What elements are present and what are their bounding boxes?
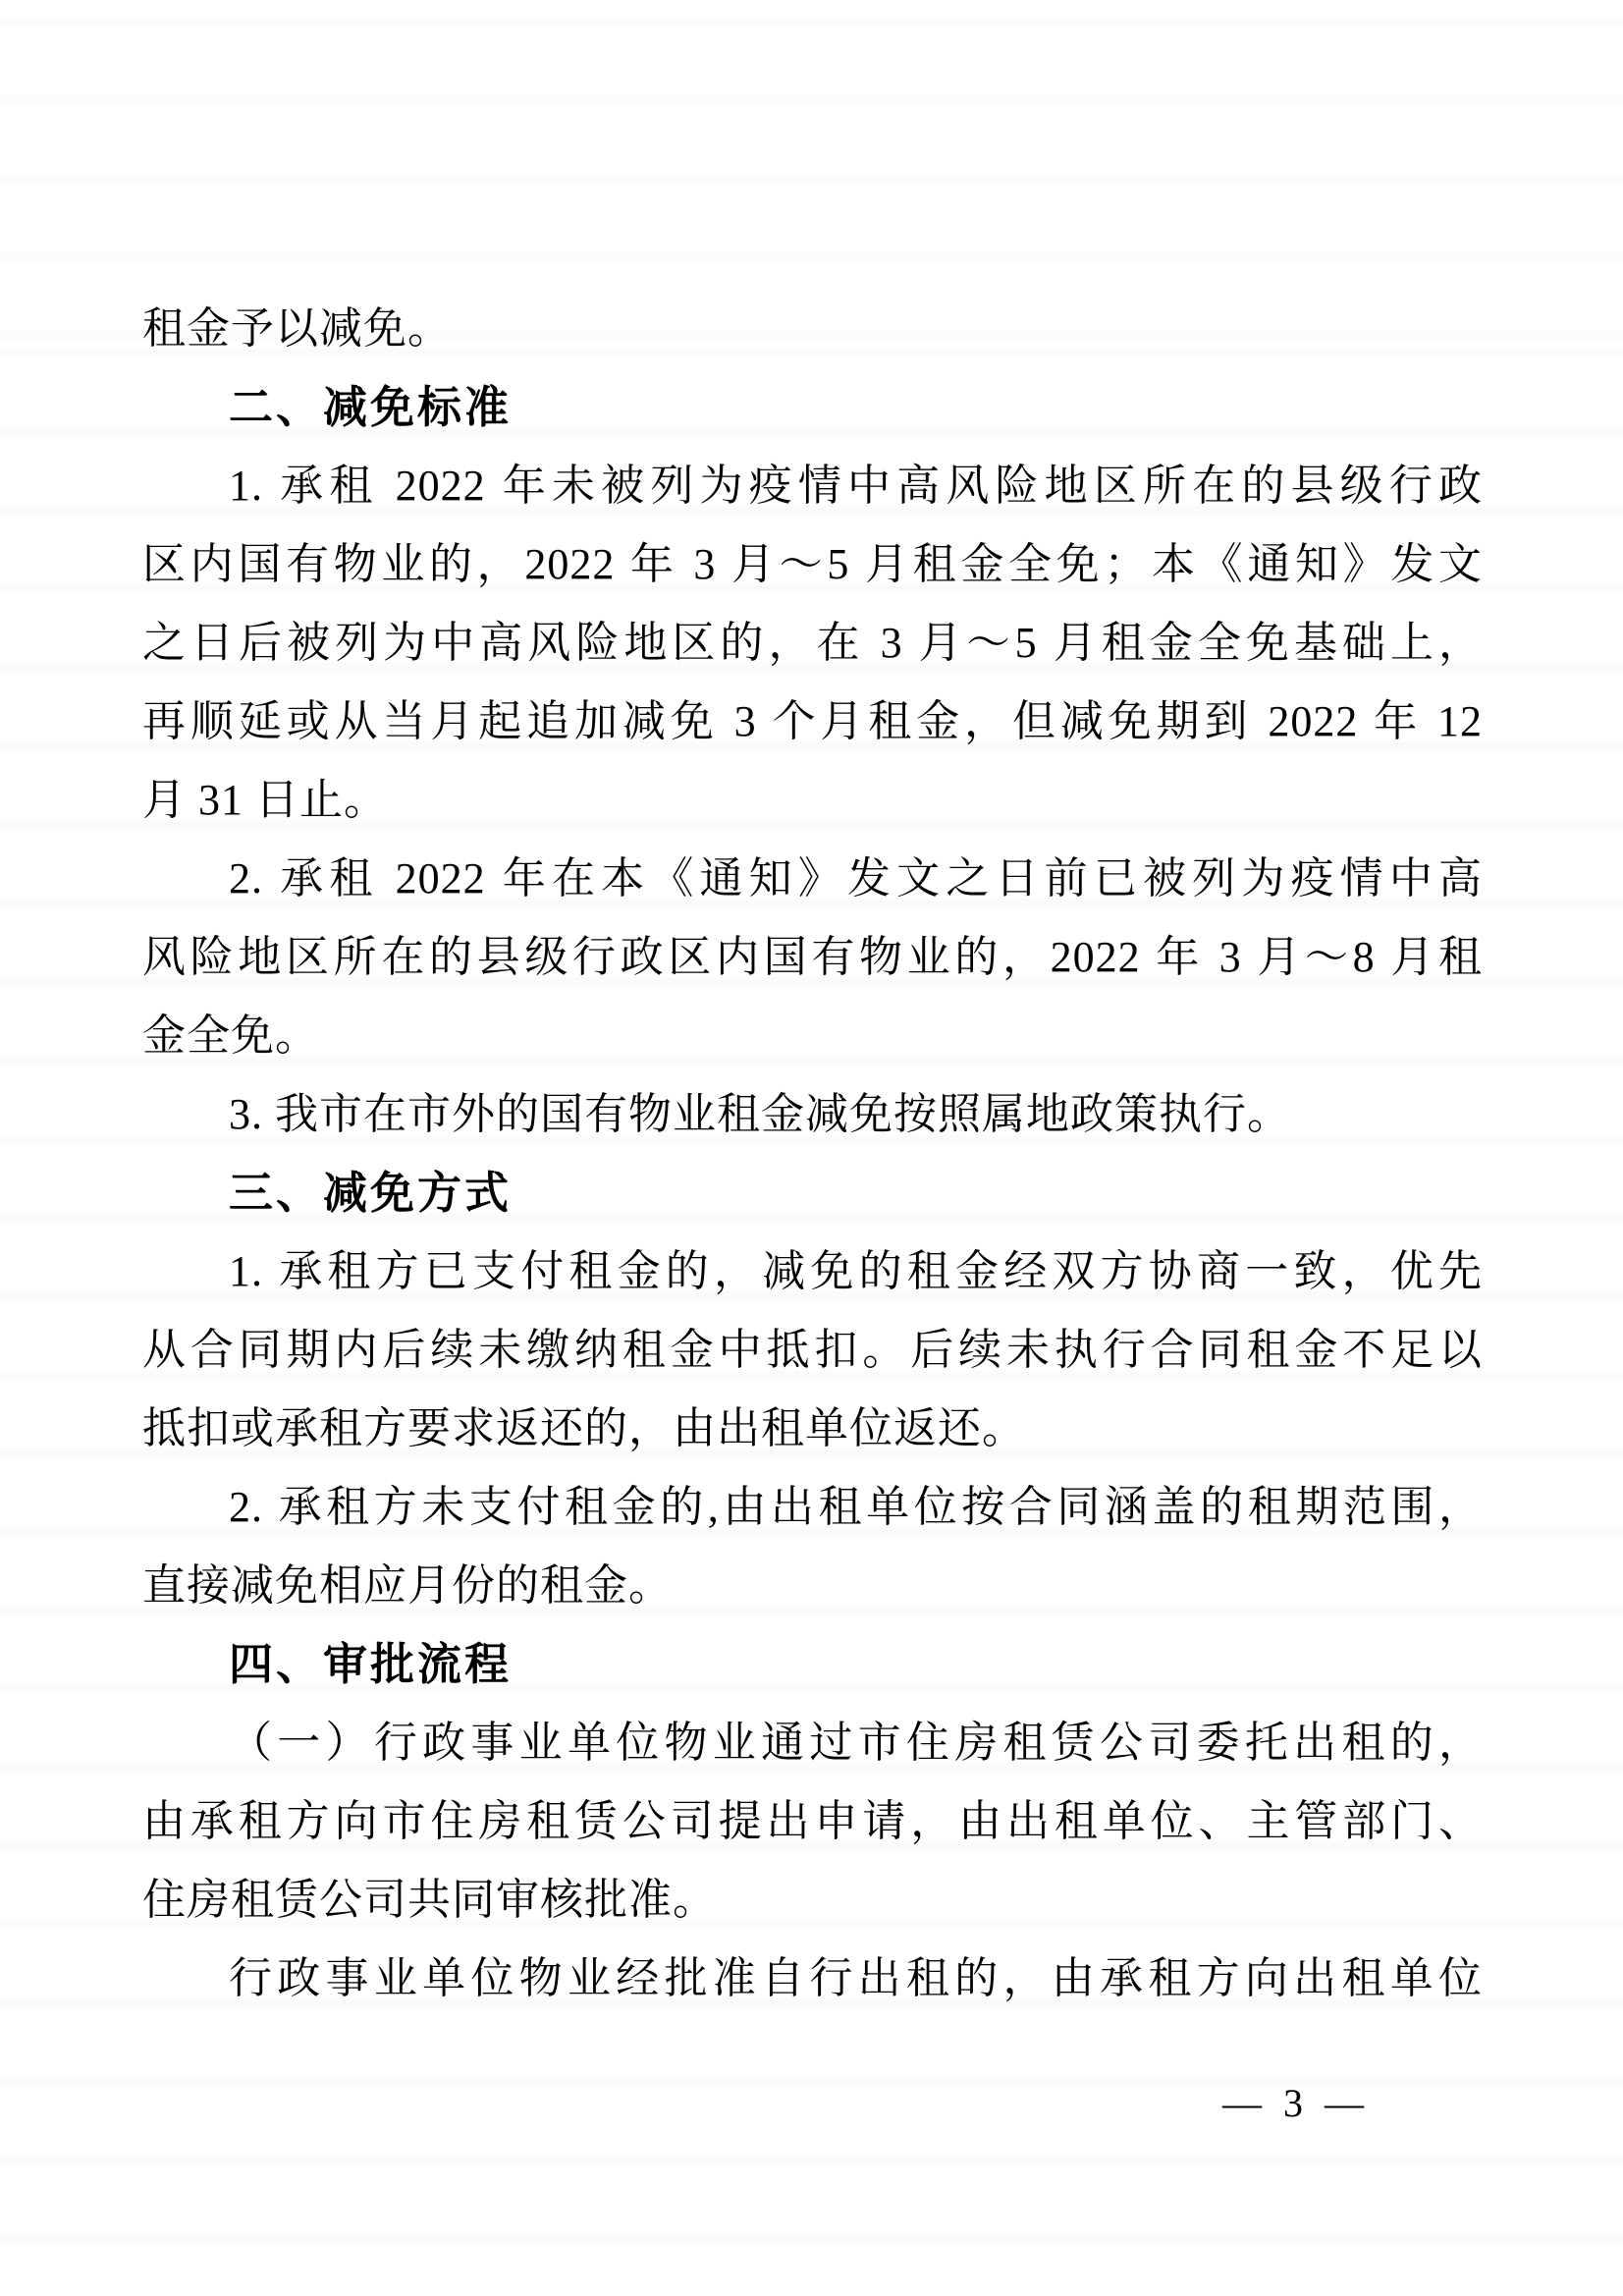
text-line: 风险地区所在的县级行政区内国有物业的，2022 年 3 月～8 月租 <box>142 918 1483 997</box>
text-line: 月 31 日止。 <box>142 761 1483 840</box>
text-line: 2. 承租 2022 年在本《通知》发文之日前已被列为疫情中高 <box>142 840 1483 918</box>
text-line: 从合同期内后续未缴纳租金中抵扣。后续未执行合同租金不足以 <box>142 1311 1483 1390</box>
page-footer: — 3 — <box>1222 2080 1370 2126</box>
section-heading: 三、减免方式 <box>142 1154 1483 1232</box>
page-number: — 3 — <box>1222 2081 1370 2125</box>
text-line: 直接减免相应月份的租金。 <box>142 1547 1483 1625</box>
text-line: 再顺延或从当月起追加减免 3 个月租金，但减免期到 2022 年 12 <box>142 683 1483 761</box>
text-line: 1. 承租 2022 年未被列为疫情中高风险地区所在的县级行政 <box>142 447 1483 525</box>
text-line: 3. 我市在市外的国有物业租金减免按照属地政策执行。 <box>142 1075 1483 1154</box>
text-line: （一）行政事业单位物业通过市住房租赁公司委托出租的， <box>142 1704 1483 1782</box>
document-page: 租金予以减免。 二、减免标准 1. 承租 2022 年未被列为疫情中高风险地区所… <box>0 0 1623 2296</box>
text-line: 由承租方向市住房租赁公司提出申请，由出租单位、主管部门、 <box>142 1782 1483 1861</box>
text-line: 之日后被列为中高风险地区的，在 3 月～5 月租金全免基础上， <box>142 604 1483 683</box>
text-line: 抵扣或承租方要求返还的，由出租单位返还。 <box>142 1390 1483 1468</box>
section-heading: 四、审批流程 <box>142 1625 1483 1704</box>
text-line: 2. 承租方未支付租金的,由出租单位按合同涵盖的租期范围， <box>142 1468 1483 1547</box>
section-heading: 二、减免标准 <box>142 368 1483 447</box>
text-line: 金全免。 <box>142 997 1483 1075</box>
text-line: 区内国有物业的，2022 年 3 月～5 月租金全免；本《通知》发文 <box>142 525 1483 604</box>
text-line: 租金予以减免。 <box>142 290 1483 368</box>
document-body: 租金予以减免。 二、减免标准 1. 承租 2022 年未被列为疫情中高风险地区所… <box>142 290 1483 2018</box>
text-line: 住房租赁公司共同审核批准。 <box>142 1861 1483 1940</box>
text-line: 行政事业单位物业经批准自行出租的，由承租方向出租单位 <box>142 1940 1483 2018</box>
text-line: 1. 承租方已支付租金的，减免的租金经双方协商一致，优先 <box>142 1232 1483 1311</box>
